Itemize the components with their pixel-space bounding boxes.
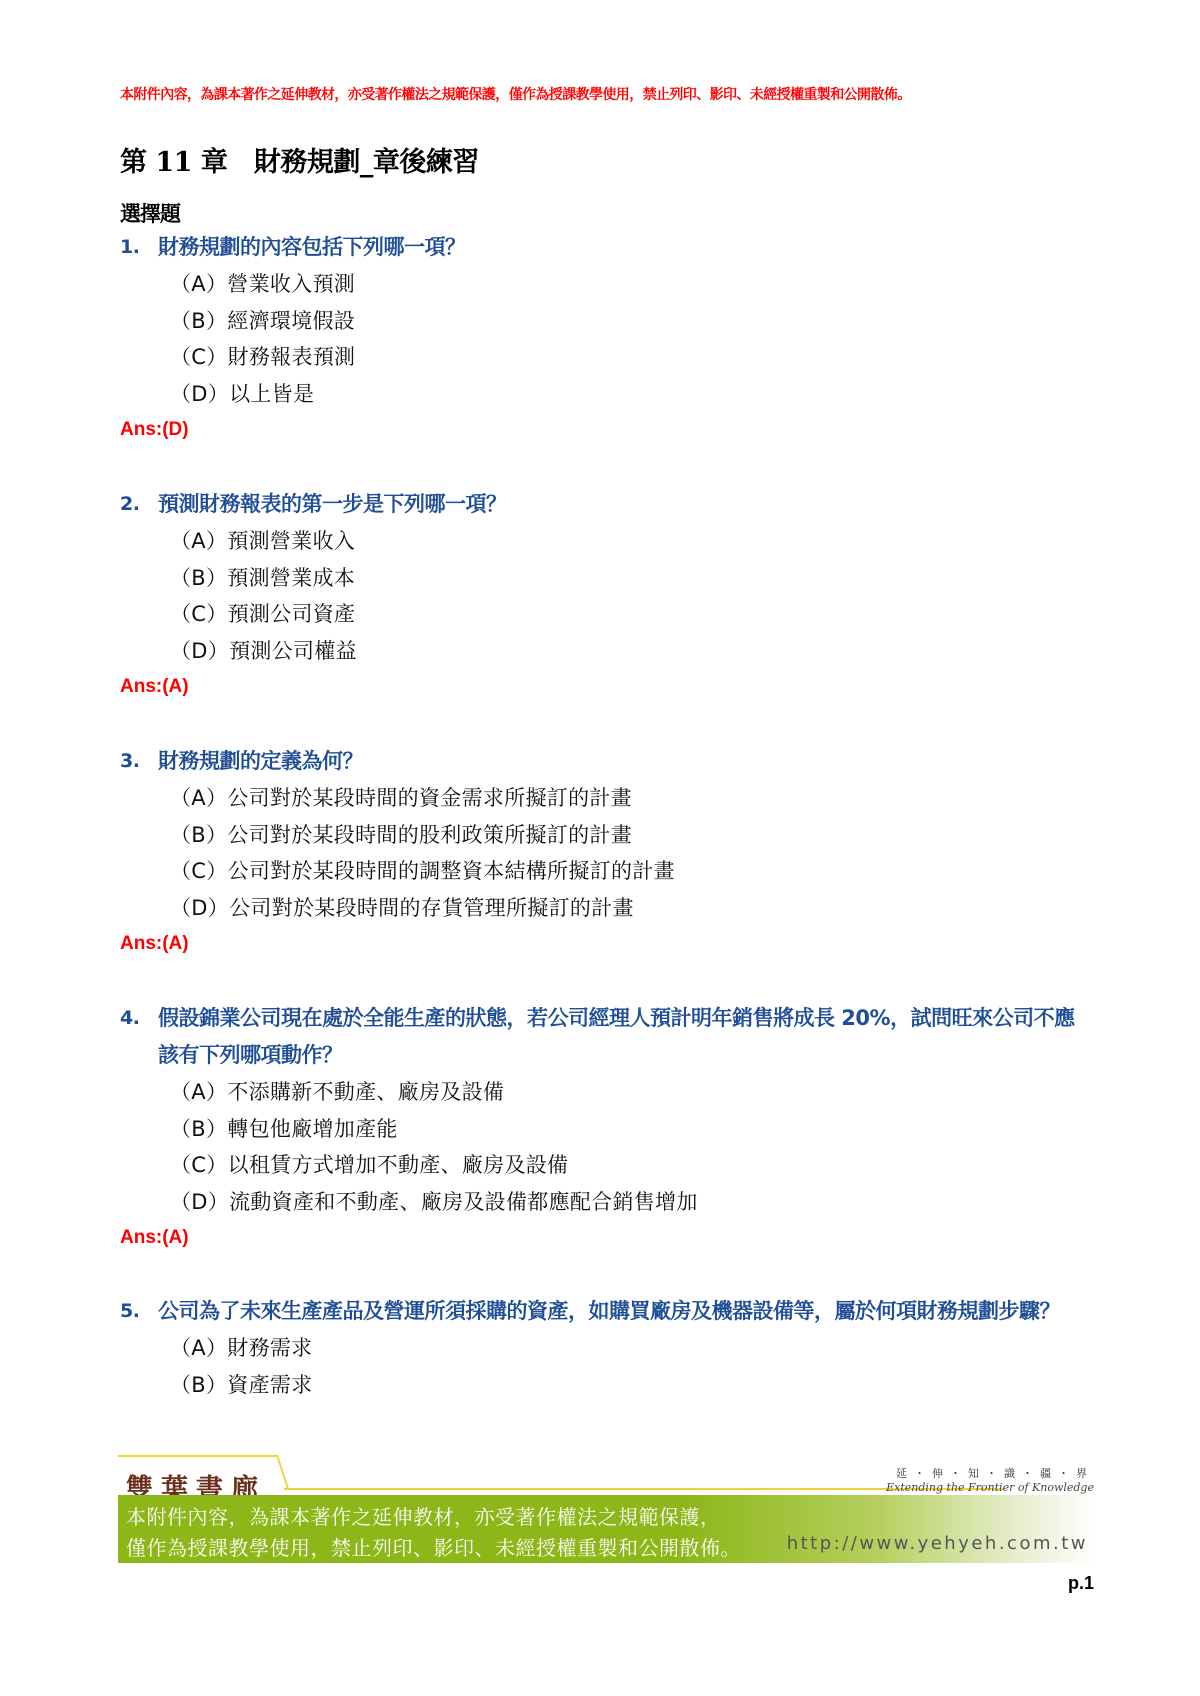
- page-number: p.1: [1068, 1573, 1094, 1594]
- publisher-url[interactable]: http://www.yehyeh.com.tw: [787, 1533, 1088, 1554]
- option-d: （D）流動資產和不動產、廠房及設備都應配合銷售增加: [120, 1184, 1090, 1221]
- question-stem: 公司為了未來生產產品及營運所須採購的資產，如購買廠房及機器設備等，屬於何項財務規…: [158, 1293, 1090, 1330]
- answer: Ans:(D): [120, 412, 1090, 448]
- option-d: （D）公司對於某段時間的存貨管理所擬訂的計畫: [120, 890, 1090, 927]
- option-a: （A）營業收入預測: [120, 266, 1090, 303]
- question-number: 1.: [120, 229, 158, 266]
- question-2: 2.預測財務報表的第一步是下列哪一項？ （A）預測營業收入 （B）預測營業成本 …: [120, 486, 1090, 705]
- option-b: （B）經濟環境假設: [120, 303, 1090, 340]
- question-stem: 財務規劃的內容包括下列哪一項？: [158, 229, 1090, 266]
- question-4: 4.假設錦業公司現在處於全能生產的狀態，若公司經理人預計明年銷售將成長 20%，…: [120, 1000, 1090, 1256]
- question-number: 2.: [120, 486, 158, 523]
- answer: Ans:(A): [120, 926, 1090, 962]
- option-c: （C）預測公司資產: [120, 596, 1090, 633]
- option-d: （D）預測公司權益: [120, 633, 1090, 670]
- question-stem: 財務規劃的定義為何？: [158, 743, 1090, 780]
- banner-line-1: 本附件內容，為課本著作之延伸教材，亦受著作權法之規範保護，: [126, 1501, 721, 1530]
- slogan-english: Extending the Frontier of Knowledge: [886, 1481, 1094, 1494]
- option-a: （A）財務需求: [120, 1330, 1090, 1367]
- question-1: 1.財務規劃的內容包括下列哪一項？ （A）營業收入預測 （B）經濟環境假設 （C…: [120, 229, 1090, 448]
- question-number: 5.: [120, 1293, 158, 1330]
- question-stem: 假設錦業公司現在處於全能生產的狀態，若公司經理人預計明年銷售將成長 20%，試問…: [158, 1000, 1090, 1074]
- copyright-notice: 本附件內容，為課本著作之延伸教材，亦受著作權法之規範保護，僅作為授課教學使用，禁…: [120, 84, 1080, 104]
- option-a: （A）不添購新不動產、廠房及設備: [120, 1074, 1090, 1111]
- answer: Ans:(A): [120, 669, 1090, 705]
- option-c: （C）財務報表預測: [120, 339, 1090, 376]
- option-a: （A）預測營業收入: [120, 523, 1090, 560]
- answer: Ans:(A): [120, 1220, 1090, 1256]
- chapter-title: 第 11 章 財務規劃_章後練習: [120, 140, 479, 179]
- banner-line-2: 僅作為授課教學使用，禁止列印、影印、未經授權重製和公開散佈。: [126, 1532, 741, 1561]
- question-5: 5.公司為了未來生產產品及營運所須採購的資產，如購買廠房及機器設備等，屬於何項財…: [120, 1293, 1090, 1403]
- question-stem: 預測財務報表的第一步是下列哪一項？: [158, 486, 1090, 523]
- option-c: （C）以租賃方式增加不動產、廠房及設備: [120, 1147, 1090, 1184]
- publisher-footer: 雙葉書廊 延・伸・知・識・疆・界 Extending the Frontier …: [118, 1455, 1094, 1575]
- question-number: 4.: [120, 1000, 158, 1074]
- slogan-chinese: 延・伸・知・識・疆・界: [896, 1465, 1094, 1481]
- option-c: （C）公司對於某段時間的調整資本結構所擬訂的計畫: [120, 853, 1090, 890]
- option-a: （A）公司對於某段時間的資金需求所擬訂的計畫: [120, 780, 1090, 817]
- option-d: （D）以上皆是: [120, 376, 1090, 413]
- question-number: 3.: [120, 743, 158, 780]
- section-title: 選擇題: [120, 198, 180, 228]
- option-b: （B）公司對於某段時間的股利政策所擬訂的計畫: [120, 817, 1090, 854]
- option-b: （B）預測營業成本: [120, 560, 1090, 597]
- option-b: （B）轉包他廠增加產能: [120, 1111, 1090, 1148]
- copyright-banner: 本附件內容，為課本著作之延伸教材，亦受著作權法之規範保護， 僅作為授課教學使用，…: [118, 1495, 1094, 1563]
- question-3: 3.財務規劃的定義為何？ （A）公司對於某段時間的資金需求所擬訂的計畫 （B）公…: [120, 743, 1090, 962]
- option-b: （B）資產需求: [120, 1367, 1090, 1404]
